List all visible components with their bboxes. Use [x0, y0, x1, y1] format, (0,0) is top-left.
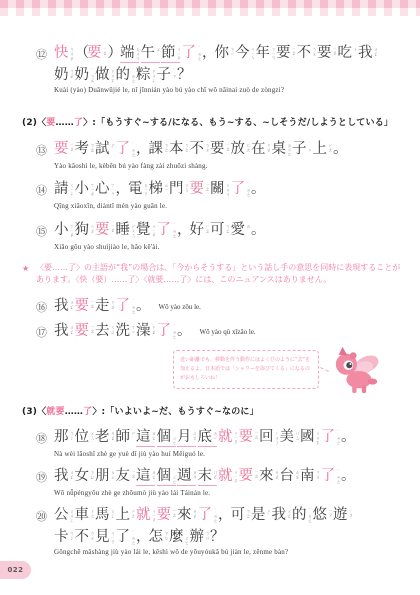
char-unit: 請ㄑㄧㄥˇ	[54, 179, 73, 199]
char-unit: 女ㄋㄩˇ	[75, 466, 94, 486]
char-unit: 車ㄔㄜ	[75, 505, 94, 525]
example-number: ⑭	[36, 179, 51, 201]
example-18: ⑱ 那ㄋㄚˋ位ㄨㄟˋ老ㄌㄠˇ師ㄕ這ㄓㄜˋ個˙ㄍㄜ月ㄩㄝˋ底ㄉㄧˇ就ㄐㄧㄡˋ要ㄧㄠ…	[22, 427, 408, 458]
gingham-border-top	[0, 0, 420, 16]
char-unit: 老ㄌㄠˇ	[95, 427, 114, 447]
pinyin-text: Gōngchē mǎshàng jiù yào lái le, kěshì wǒ…	[54, 548, 408, 556]
char-unit: 辦ㄅㄢˋ	[190, 527, 209, 547]
char-unit: 來ㄌㄞˊ	[259, 466, 278, 486]
star-icon: ★	[22, 263, 29, 275]
header-segment: (3)〈	[22, 407, 46, 417]
speech-bubble-note: 近い距離でも、移動を伴う動作にはよく⑰のように“去”を加えるよ。日本語では「シャ…	[173, 350, 319, 389]
char-unit: 位ㄨㄟˋ	[75, 427, 94, 447]
example-number: ⑬	[36, 139, 51, 161]
pinyin-text: Qǐng xiǎoxīn, diàntī mén yào guān le.	[54, 202, 408, 210]
char-unit: 是ㄕˋ	[251, 505, 270, 525]
char-unit: 友ㄧㄡˇ	[116, 466, 135, 486]
example-13: ⑬ 要ㄧㄠˋ考ㄎㄠˇ試ㄕˋ了˙ㄌㄜ，課ㄎㄜˋ本ㄅㄣˇ不ㄅㄨˊ要ㄧㄠˋ放ㄈㄤˋ在ㄗ…	[22, 139, 408, 170]
star-note: ★ 〈要……了〉の主語が“我”の場合は、「今からそうする」という話し手の意思を同…	[22, 262, 408, 287]
char-unit: 了˙ㄌㄜ	[321, 466, 340, 486]
example-number: ⑲	[36, 466, 51, 488]
header-segment: 要	[46, 118, 55, 128]
char-unit: 你ㄋㄧˇ	[215, 43, 234, 63]
char-unit: 課ㄎㄜˋ	[149, 139, 168, 159]
char-unit: 關ㄍㄨㄢ	[210, 179, 229, 199]
char-unit: 國ㄍㄨㄛˊ	[300, 427, 319, 447]
textbook-page: ⑫ 快ㄎㄨㄞˋ（要ㄧㄠˋ）端ㄉㄨㄢ午ㄨˇ節ㄐㄧㄝˊ了˙ㄌㄜ，你ㄋㄧˇ今ㄐㄧㄣ年ㄋ…	[0, 0, 420, 595]
example-14: ⑭ 請ㄑㄧㄥˇ小ㄒㄧㄠˇ心ㄒㄧㄣ，電ㄉㄧㄢˋ梯ㄊㄧ門ㄇㄣˊ要ㄧㄠˋ關ㄍㄨㄢ了˙ㄌ…	[22, 179, 408, 210]
char-unit: 要ㄧㄠˋ	[157, 505, 176, 525]
char-unit: 上ㄕㄤˋ	[116, 505, 135, 525]
char-unit: 。	[333, 139, 344, 159]
char-unit: 怎ㄗㄣˇ	[149, 527, 168, 547]
char-unit: 午ㄨˇ	[141, 43, 160, 63]
example-15: ⑮ 小ㄒㄧㄠˇ狗ㄍㄡˇ要ㄧㄠˋ睡ㄕㄨㄟˋ覺ㄐㄧㄠˋ了˙ㄌㄜ，好ㄏㄠˇ可ㄎㄜˇ愛ㄞ…	[22, 220, 408, 251]
char-unit: ，	[136, 527, 147, 547]
char-unit: 。	[136, 296, 147, 316]
char-unit: 就ㄐㄧㄡˋ	[218, 427, 237, 447]
char-unit: 奶ㄋㄞˇ	[54, 65, 73, 85]
char-unit: 師ㄕ	[116, 427, 135, 447]
char-unit: 桌ㄓㄨㄛ	[272, 139, 291, 159]
char-unit: 今ㄐㄧㄣ	[235, 43, 254, 63]
char-unit: 快ㄎㄨㄞˋ	[54, 43, 73, 63]
char-unit: 愛ㄞˋ	[231, 220, 250, 240]
char-unit: 了˙ㄌㄜ	[157, 321, 176, 341]
char-unit: 小ㄒㄧㄠˇ	[54, 220, 73, 240]
pinyin-text: Xiǎo gǒu yào shuìjiào le, hǎo kě'ài.	[54, 243, 408, 251]
char-unit: 。	[251, 179, 262, 199]
char-unit: 在ㄗㄞˋ	[251, 139, 270, 159]
char-unit: 我ㄨㄛˇ	[54, 466, 73, 486]
char-unit: 週ㄓㄡ	[177, 466, 196, 486]
char-unit: 了˙ㄌㄜ	[116, 527, 135, 547]
char-unit: 澡ㄗㄠˇ	[136, 321, 155, 341]
page-number: 022	[7, 566, 23, 574]
char-unit: 我ㄨㄛˇ	[272, 505, 291, 525]
char-unit: 不ㄅㄨˊ	[190, 139, 209, 159]
char-unit: 試ㄕˋ	[95, 139, 114, 159]
char-unit: ？	[177, 65, 188, 85]
char-unit: 卡ㄎㄚˇ	[54, 527, 73, 547]
char-unit: （	[75, 43, 86, 63]
chinese-sentence: 我ㄨㄛˇ女ㄋㄩˇ朋ㄆㄥˊ友ㄧㄡˇ這ㄓㄜˋ個˙ㄍㄜ週ㄓㄡ末ㄇㄛˋ就ㄐㄧㄡˋ要ㄧㄠˋ…	[54, 466, 354, 486]
char-unit: 睡ㄕㄨㄟˋ	[116, 220, 135, 240]
char-unit: 麼˙ㄇㄜ	[169, 527, 188, 547]
char-unit: 馬ㄇㄚˇ	[95, 505, 114, 525]
char-unit: 洗ㄒㄧˇ	[116, 321, 135, 341]
char-unit: 就ㄐㄧㄡˋ	[218, 466, 237, 486]
page-content: ⑫ 快ㄎㄨㄞˋ（要ㄧㄠˋ）端ㄉㄨㄢ午ㄨˇ節ㄐㄧㄝˊ了˙ㄌㄜ，你ㄋㄧˇ今ㄐㄧㄣ年ㄋ…	[0, 16, 420, 556]
char-unit: 就ㄐㄧㄡˋ	[136, 505, 155, 525]
pinyin-text: Nà wèi lǎoshī zhè ge yuè dǐ jiù yào huí …	[54, 450, 408, 458]
char-unit: 心ㄒㄧㄣ	[95, 179, 114, 199]
char-unit: 粽ㄗㄨㄥˋ	[136, 65, 155, 85]
char-unit: ，	[218, 505, 229, 525]
char-unit: 我ㄨㄛˇ	[54, 296, 73, 316]
header-segment: ……	[65, 407, 83, 417]
header-segment: 〉:「いよいよ~だ、もうすぐ~なのに」	[92, 407, 258, 417]
chinese-sentence: 小ㄒㄧㄠˇ狗ㄍㄡˇ要ㄧㄠˋ睡ㄕㄨㄟˋ覺ㄐㄧㄠˋ了˙ㄌㄜ，好ㄏㄠˇ可ㄎㄜˇ愛ㄞˋ。	[54, 220, 264, 240]
char-unit: 回ㄏㄨㄟˊ	[259, 427, 278, 447]
chinese-sentence: 奶ㄋㄞˇ奶˙ㄋㄞ做ㄗㄨㄛˋ的˙ㄉㄜ粽ㄗㄨㄥˋ子˙ㄗ？	[54, 65, 190, 85]
example-19: ⑲ 我ㄨㄛˇ女ㄋㄩˇ朋ㄆㄥˊ友ㄧㄡˇ這ㄓㄜˋ個˙ㄍㄜ週ㄓㄡ末ㄇㄛˋ就ㄐㄧㄡˋ要ㄧ…	[22, 466, 408, 497]
header-segment: 了	[74, 118, 83, 128]
char-unit: 了˙ㄌㄜ	[116, 296, 135, 316]
section-header-3: (3)〈就要……了〉:「いよいよ~だ、もうすぐ~なのに」	[22, 404, 408, 417]
header-segment: 了	[83, 407, 92, 417]
example-12: ⑫ 快ㄎㄨㄞˋ（要ㄧㄠˋ）端ㄉㄨㄢ午ㄨˇ節ㄐㄧㄝˊ了˙ㄌㄜ，你ㄋㄧˇ今ㄐㄧㄣ年ㄋ…	[22, 43, 408, 94]
char-unit: 不ㄅㄨˊ	[75, 527, 94, 547]
char-unit: 放ㄈㄤˋ	[231, 139, 250, 159]
char-unit: 了˙ㄌㄜ	[321, 427, 340, 447]
char-unit: 要ㄧㄠˋ	[210, 139, 229, 159]
char-unit: 子˙ㄗ	[157, 65, 176, 85]
char-unit: 梯ㄊㄧ	[149, 179, 168, 199]
char-unit: 個˙ㄍㄜ	[157, 466, 176, 486]
char-unit: 見ㄐㄧㄢˋ	[95, 527, 114, 547]
char-unit: 這ㄓㄜˋ	[136, 466, 155, 486]
example-16: ⑯ 我ㄨㄛˇ要ㄧㄠˋ走ㄗㄡˇ了˙ㄌㄜ。 Wǒ yào zǒu le.	[22, 296, 408, 318]
example-number: ⑫	[36, 43, 51, 65]
chinese-sentence: 卡ㄎㄚˇ不ㄅㄨˊ見ㄐㄧㄢˋ了˙ㄌㄜ，怎ㄗㄣˇ麼˙ㄇㄜ辦ㄅㄢˋ？	[54, 527, 223, 547]
char-unit: 。	[341, 427, 352, 447]
star-note-text: 〈要……了〉の主語が“我”の場合は、「今からそうする」という話し手の意思を同時に…	[36, 263, 400, 284]
section-header-2: (2)〈要……了〉:「もうすぐ~する/になる、もう~する、~しそうだ/しようとし…	[22, 115, 408, 128]
char-unit: 。	[177, 321, 188, 341]
char-unit: 狗ㄍㄡˇ	[75, 220, 94, 240]
char-unit: 本ㄅㄣˇ	[169, 139, 188, 159]
chinese-sentence: 那ㄋㄚˋ位ㄨㄟˋ老ㄌㄠˇ師ㄕ這ㄓㄜˋ個˙ㄍㄜ月ㄩㄝˋ底ㄉㄧˇ就ㄐㄧㄡˋ要ㄧㄠˋ回…	[54, 427, 354, 447]
example-number: ⑮	[36, 220, 51, 242]
example-number: ⑱	[36, 427, 51, 449]
page-number-badge: 022	[0, 561, 31, 579]
chinese-sentence: 請ㄑㄧㄥˇ小ㄒㄧㄠˇ心ㄒㄧㄣ，電ㄉㄧㄢˋ梯ㄊㄧ門ㄇㄣˊ要ㄧㄠˋ關ㄍㄨㄢ了˙ㄌㄜ。	[54, 179, 264, 199]
chinese-sentence: 我ㄨㄛˇ要ㄧㄠˋ走ㄗㄡˇ了˙ㄌㄜ。	[54, 296, 149, 316]
char-unit: 了˙ㄌㄜ	[157, 220, 176, 240]
char-unit: 那ㄋㄚˋ	[54, 427, 73, 447]
example-number: ⑯	[36, 296, 51, 318]
example-17: ⑰ 我ㄨㄛˇ要ㄧㄠˋ去ㄑㄩˋ洗ㄒㄧˇ澡ㄗㄠˇ了˙ㄌㄜ。 Wǒ yào qù xǐ…	[22, 321, 408, 343]
char-unit: 台ㄊㄞˊ	[280, 466, 299, 486]
char-unit: 走ㄗㄡˇ	[95, 296, 114, 316]
header-segment: ……	[56, 118, 74, 128]
char-unit: 遊ㄧㄡˊ	[333, 505, 352, 525]
pinyin-text: Wǒ yào qù xǐzǎo le.	[200, 322, 256, 342]
char-unit: 端ㄉㄨㄢ	[120, 43, 139, 63]
pinyin-text: Yào kǎoshì le, kèběn bú yào fàng zài zhu…	[54, 162, 408, 170]
example-number: ⑳	[36, 505, 51, 527]
char-unit: 門ㄇㄣˊ	[169, 179, 188, 199]
char-unit: 我ㄨㄛˇ	[54, 321, 73, 341]
char-unit: 要ㄧㄠˋ	[75, 296, 94, 316]
char-unit: 了˙ㄌㄜ	[182, 43, 201, 63]
char-unit: 我ㄨㄛˇ	[358, 43, 377, 63]
example-number: ⑰	[36, 321, 51, 343]
char-unit: 子˙ㄗ	[292, 139, 311, 159]
char-unit: 要ㄧㄠˋ	[190, 179, 209, 199]
char-unit: ，	[177, 220, 188, 240]
char-unit: 末ㄇㄛˋ	[198, 466, 217, 486]
char-unit: 小ㄒㄧㄠˇ	[75, 179, 94, 199]
char-unit: 上ㄕㄤˋ	[313, 139, 332, 159]
speech-bubble-tail	[320, 367, 329, 372]
pinyin-text: Kuài (yào) Duānwǔjié le, nǐ jīnnián yào …	[54, 86, 408, 94]
chinese-sentence: 我ㄨㄛˇ要ㄧㄠˋ去ㄑㄩˋ洗ㄒㄧˇ澡ㄗㄠˇ了˙ㄌㄜ。	[54, 321, 190, 341]
char-unit: 月ㄩㄝˋ	[177, 427, 196, 447]
char-unit: 可ㄎㄜˇ	[210, 220, 229, 240]
char-unit: 了˙ㄌㄜ	[116, 139, 135, 159]
char-unit: 吃ㄔ	[338, 43, 357, 63]
char-unit: ，	[116, 179, 127, 199]
char-unit: 的˙ㄉㄜ	[292, 505, 311, 525]
char-unit: ）	[108, 43, 119, 63]
char-unit: 朋ㄆㄥˊ	[95, 466, 114, 486]
char-unit: 考ㄎㄠˇ	[75, 139, 94, 159]
chinese-sentence: 快ㄎㄨㄞˋ（要ㄧㄠˋ）端ㄉㄨㄢ午ㄨˇ節ㄐㄧㄝˊ了˙ㄌㄜ，你ㄋㄧˇ今ㄐㄧㄣ年ㄋㄧㄢ…	[54, 43, 379, 63]
char-unit: 要ㄧㄠˋ	[54, 139, 73, 159]
pinyin-text: Wǒ yào zǒu le.	[159, 297, 201, 317]
char-unit: 要ㄧㄠˋ	[239, 466, 258, 486]
char-unit: ，	[202, 43, 213, 63]
header-segment: (2)〈	[22, 118, 46, 128]
char-unit: 可ㄎㄜˇ	[231, 505, 250, 525]
char-unit: 好ㄏㄠˇ	[190, 220, 209, 240]
char-unit: 電ㄉㄧㄢˋ	[128, 179, 147, 199]
unicorn-mascot-illustration	[330, 345, 384, 395]
char-unit: 要ㄧㄠˋ	[75, 321, 94, 341]
char-unit: 去ㄑㄩˋ	[95, 321, 114, 341]
char-unit: 要ㄧㄠˋ	[95, 220, 114, 240]
char-unit: 要ㄧㄠˋ	[87, 43, 106, 63]
char-unit: 要ㄧㄠˋ	[317, 43, 336, 63]
chinese-sentence: 要ㄧㄠˋ考ㄎㄠˇ試ㄕˋ了˙ㄌㄜ，課ㄎㄜˋ本ㄅㄣˇ不ㄅㄨˊ要ㄧㄠˋ放ㄈㄤˋ在ㄗㄞˋ…	[54, 139, 346, 159]
header-segment: 就要	[46, 407, 64, 417]
char-unit: 南ㄋㄢˊ	[300, 466, 319, 486]
char-unit: 了˙ㄌㄜ	[198, 505, 217, 525]
char-unit: 公ㄍㄨㄥ	[54, 505, 73, 525]
char-unit: 奶˙ㄋㄞ	[75, 65, 94, 85]
char-unit: 個˙ㄍㄜ	[157, 427, 176, 447]
char-unit: 。	[251, 220, 262, 240]
char-unit: ，	[136, 139, 147, 159]
header-segment: 〉:「もうすぐ~する/になる、もう~する、~しそうだ/しようとしている」	[83, 118, 393, 128]
char-unit: 年ㄋㄧㄢˊ	[256, 43, 275, 63]
char-unit: 悠ㄧㄡ	[313, 505, 332, 525]
char-unit: 了˙ㄌㄜ	[231, 179, 250, 199]
char-unit: 做ㄗㄨㄛˋ	[95, 65, 114, 85]
chinese-sentence: 公ㄍㄨㄥ車ㄔㄜ馬ㄇㄚˇ上ㄕㄤˋ就ㄐㄧㄡˋ要ㄧㄠˋ來ㄌㄞˊ了˙ㄌㄜ，可ㄎㄜˇ是ㄕˋ…	[54, 505, 354, 525]
speech-bubble-text: 近い距離でも、移動を伴う動作にはよく⑰のように“去”を加えるよ。日本語では「シャ…	[180, 357, 310, 381]
char-unit: ？	[210, 527, 221, 547]
char-unit: 覺ㄐㄧㄠˋ	[136, 220, 155, 240]
char-unit: 要ㄧㄠˋ	[276, 43, 295, 63]
example-20: ⑳ 公ㄍㄨㄥ車ㄔㄜ馬ㄇㄚˇ上ㄕㄤˋ就ㄐㄧㄡˋ要ㄧㄠˋ來ㄌㄞˊ了˙ㄌㄜ，可ㄎㄜˇ是…	[22, 505, 408, 556]
char-unit: 要ㄧㄠˋ	[239, 427, 258, 447]
char-unit: 的˙ㄉㄜ	[116, 65, 135, 85]
char-unit: 美ㄇㄟˇ	[280, 427, 299, 447]
char-unit: 不ㄅㄨˊ	[297, 43, 316, 63]
char-unit: 節ㄐㄧㄝˊ	[161, 43, 180, 63]
callout-row: 近い距離でも、移動を伴う動作にはよく⑰のように“去”を加えるよ。日本語では「シャ…	[22, 345, 408, 395]
char-unit: 來ㄌㄞˊ	[177, 505, 196, 525]
char-unit: 。	[341, 466, 352, 486]
char-unit: 這ㄓㄜˋ	[136, 427, 155, 447]
char-unit: 底ㄉㄧˇ	[198, 427, 217, 447]
pinyin-text: Wǒ nǚpéngyǒu zhè ge zhōumò jiù yào lái T…	[54, 489, 408, 497]
